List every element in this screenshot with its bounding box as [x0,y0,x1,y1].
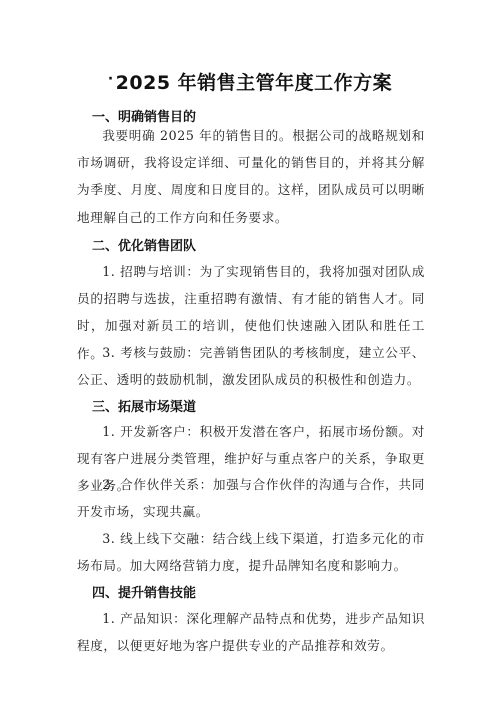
section-2-paragraph-2: 3. 考核与鼓励：完善销售团队的考核制度，建立公平、公正、透明的鼓励机制，激发团… [77,339,425,393]
section-1-paragraph-1: 我要明确 2025 年的销售目的。根据公司的战略规划和市场调研，我将设定详细、可… [77,122,425,231]
title-bullet: · [108,71,114,87]
section-3-paragraph-3: 3. 线上线下交融：结合线上线下渠道，打造多元化的市场布局。加大网络营销力度，提… [77,525,425,579]
section-heading-2: 二、优化销售团队 [92,235,196,254]
section-heading-3: 三、拓展市场渠道 [92,396,196,415]
section-3-paragraph-2: 2. 合作伙伴关系：加强与合作伙伴的沟通与合作，共同开发市场，实现共赢。 [77,471,425,525]
section-4-paragraph-1: 1. 产品知识：深化理解产品特点和优势，进步产品知识程度，以便更好地为客户提供专… [77,605,425,659]
title-text: 2025 年销售主管年度工作方案 [116,72,393,94]
document-title: ·2025 年销售主管年度工作方案 [0,68,500,95]
document-page: ·2025 年销售主管年度工作方案 一、明确销售目的 我要明确 2025 年的销… [0,0,500,707]
section-heading-4: 四、提升销售技能 [92,582,196,601]
